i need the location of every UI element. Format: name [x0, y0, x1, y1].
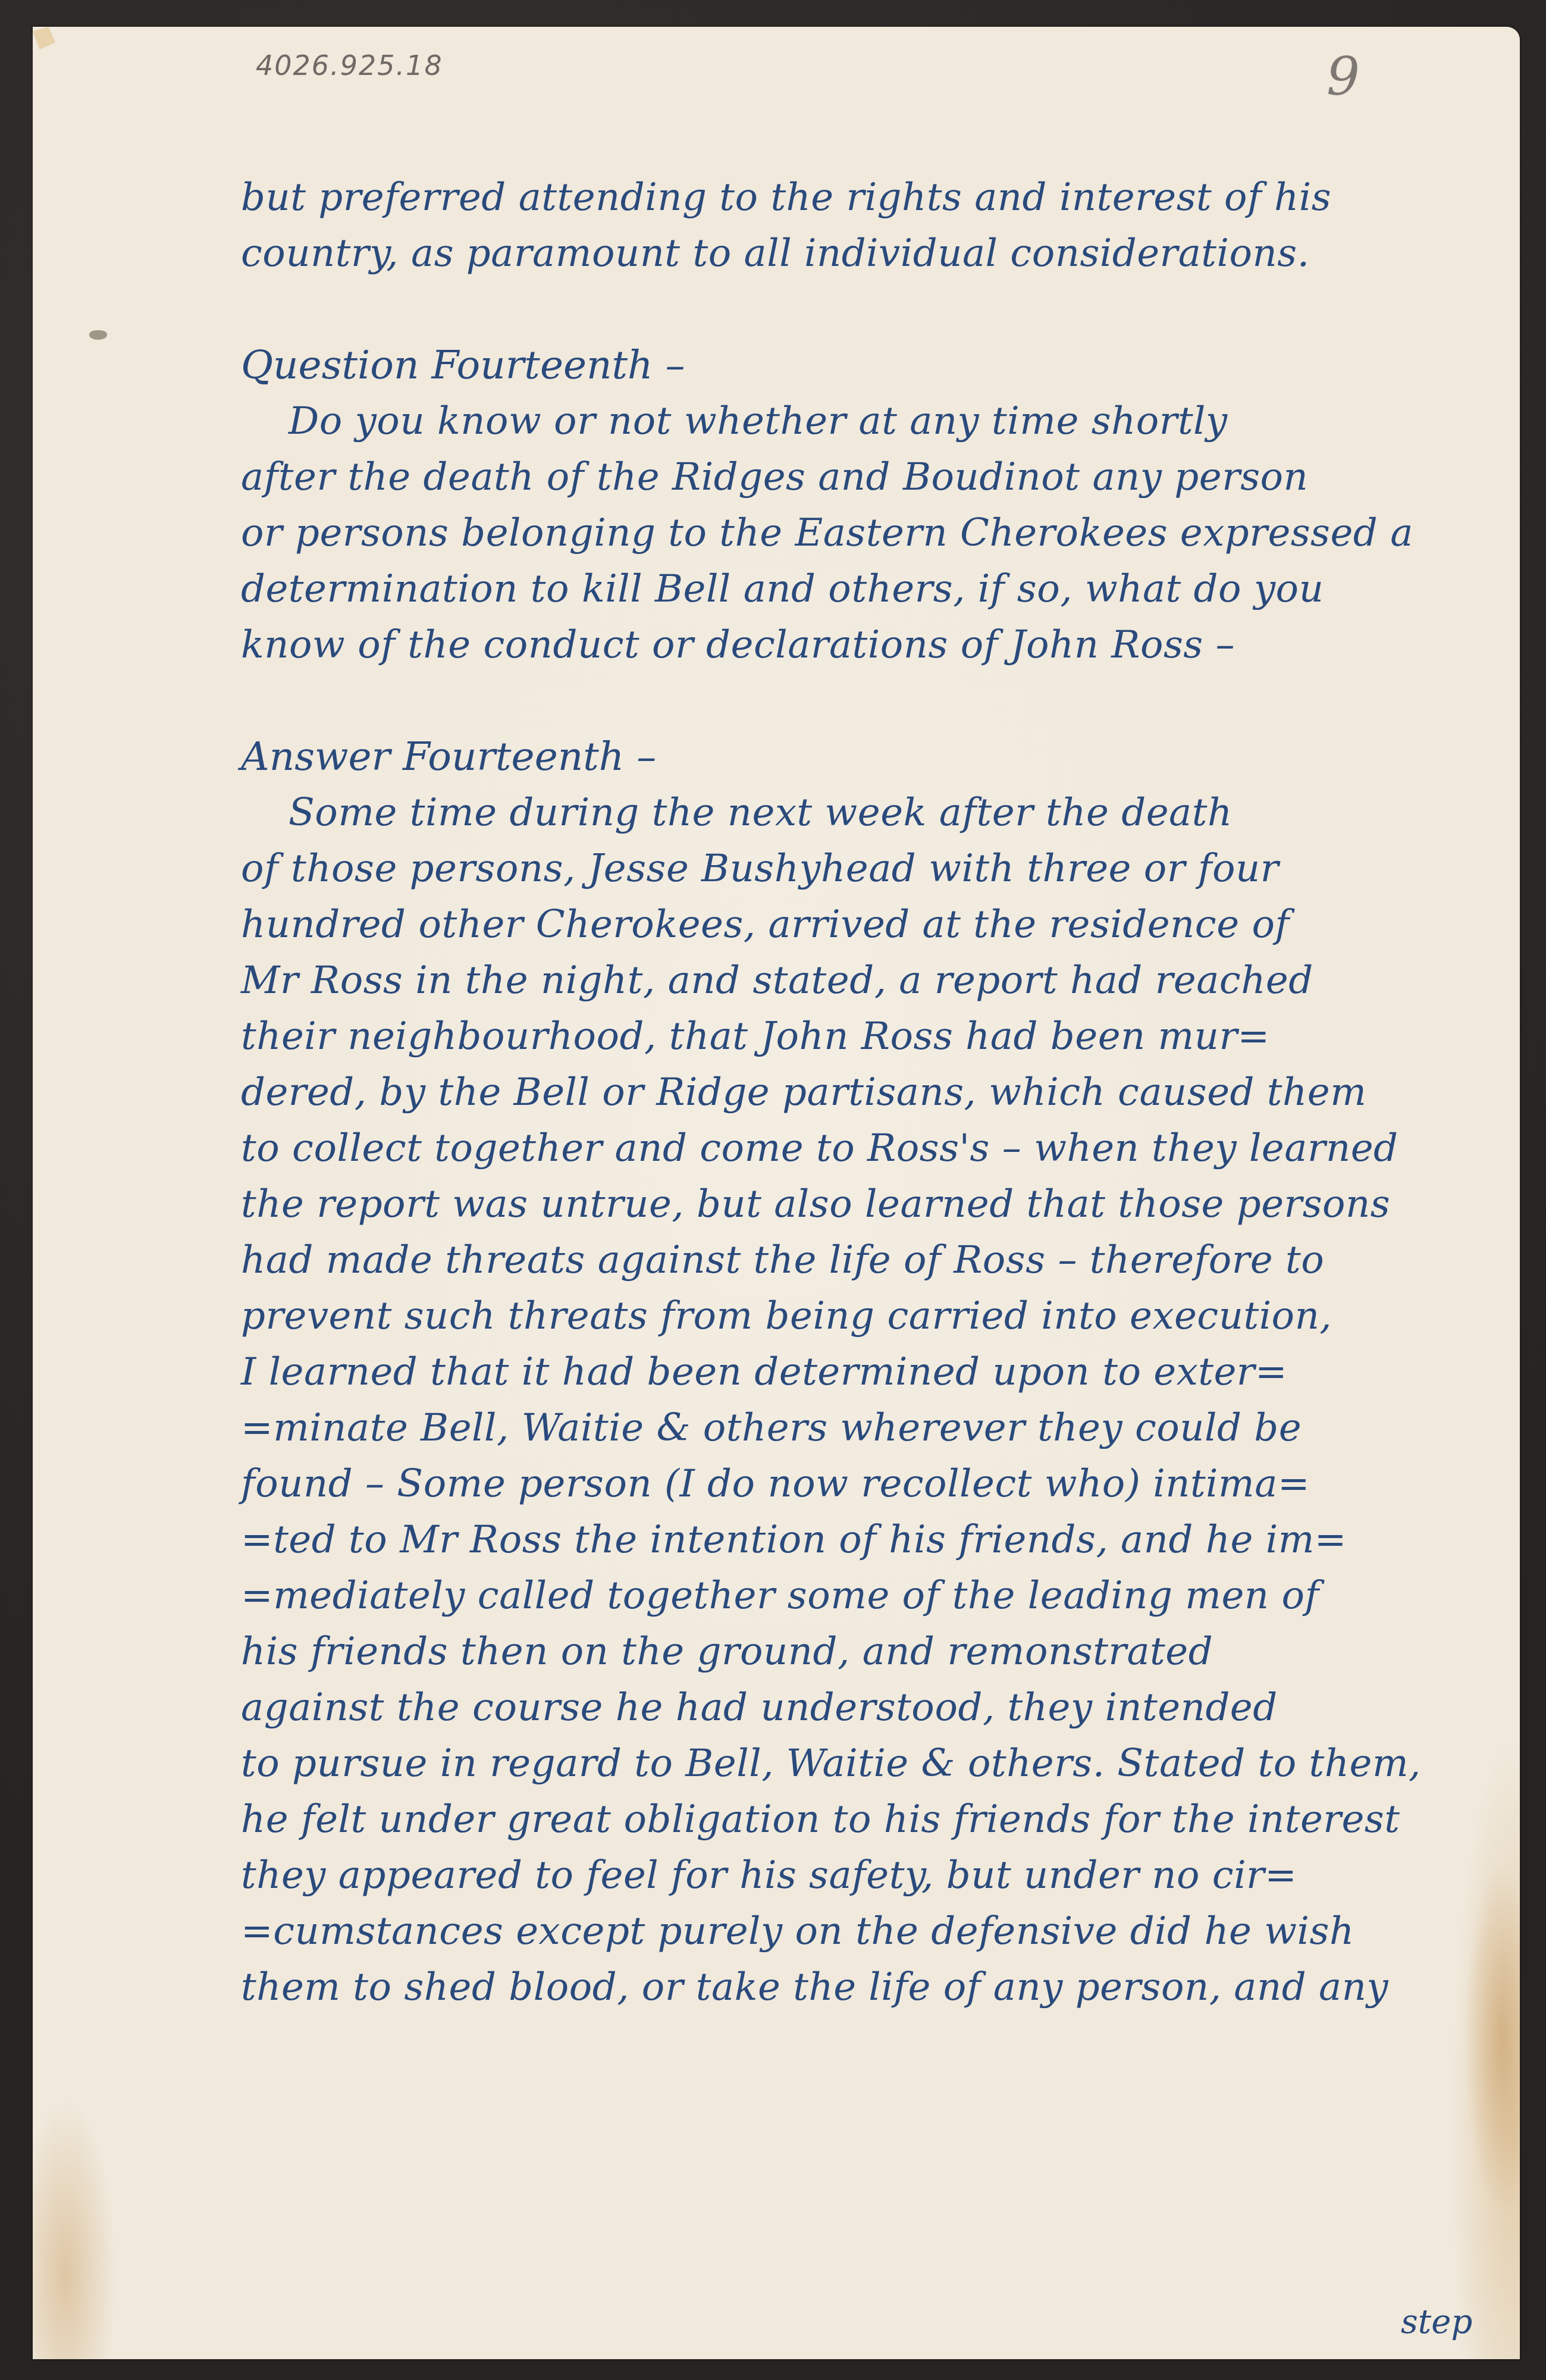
ink-blot: [89, 330, 107, 340]
answer-line: he felt under great obligation to his fr…: [241, 1792, 1508, 1847]
answer-line: his friends then on the ground, and remo…: [241, 1624, 1508, 1680]
answer-line: their neighbourhood, that John Ross had …: [241, 1009, 1508, 1064]
catchword: step: [1401, 2303, 1472, 2341]
answer-line: Mr Ross in the night, and stated, a repo…: [241, 953, 1508, 1009]
answer-line: hundred other Cherokees, arrived at the …: [241, 897, 1508, 953]
answer-line: the report was untrue, but also learned …: [241, 1176, 1508, 1232]
torn-corner: [33, 27, 55, 49]
accession-number: 4026.925.18: [256, 49, 443, 82]
question-line: determination to kill Bell and others, i…: [241, 561, 1508, 617]
answer-line: to pursue in regard to Bell, Waitie & ot…: [241, 1736, 1508, 1792]
answer-heading: Answer Fourteenth –: [241, 729, 1508, 785]
answer-line: prevent such threats from being carried …: [241, 1288, 1508, 1344]
answer-line: =mediately called together some of the l…: [241, 1568, 1508, 1624]
text-line: but preferred attending to the rights an…: [241, 170, 1508, 226]
question-line: or persons belonging to the Eastern Cher…: [241, 505, 1508, 561]
manuscript-page: 4026.925.18 9 but preferred attending to…: [33, 27, 1520, 2359]
answer-line: =cumstances except purely on the defensi…: [241, 1903, 1508, 1959]
text-line: country, as paramount to all individual …: [241, 226, 1508, 281]
question-line: after the death of the Ridges and Boudin…: [241, 449, 1508, 505]
manuscript-text: but preferred attending to the rights an…: [241, 170, 1508, 2015]
answer-line: Some time during the next week after the…: [241, 785, 1508, 841]
question-line: know of the conduct or declarations of J…: [241, 617, 1508, 673]
folio-number: 9: [1327, 46, 1360, 107]
answer-line: had made threats against the life of Ros…: [241, 1232, 1508, 1288]
answer-line: of those persons, Jesse Bushyhead with t…: [241, 841, 1508, 897]
spacer: [241, 281, 1508, 337]
answer-line: found – Some person (I do now recollect …: [241, 1456, 1508, 1512]
answer-line: =ted to Mr Ross the intention of his fri…: [241, 1512, 1508, 1568]
answer-line: to collect together and come to Ross's –…: [241, 1120, 1508, 1176]
spacer: [241, 673, 1508, 729]
answer-line: =minate Bell, Waitie & others wherever t…: [241, 1400, 1508, 1456]
question-heading: Question Fourteenth –: [241, 337, 1508, 393]
answer-line: they appeared to feel for his safety, bu…: [241, 1847, 1508, 1903]
answer-line: dered, by the Bell or Ridge partisans, w…: [241, 1064, 1508, 1120]
answer-line: I learned that it had been determined up…: [241, 1344, 1508, 1400]
question-line: Do you know or not whether at any time s…: [241, 393, 1508, 449]
answer-line: them to shed blood, or take the life of …: [241, 1959, 1508, 2015]
answer-line: against the course he had understood, th…: [241, 1680, 1508, 1736]
